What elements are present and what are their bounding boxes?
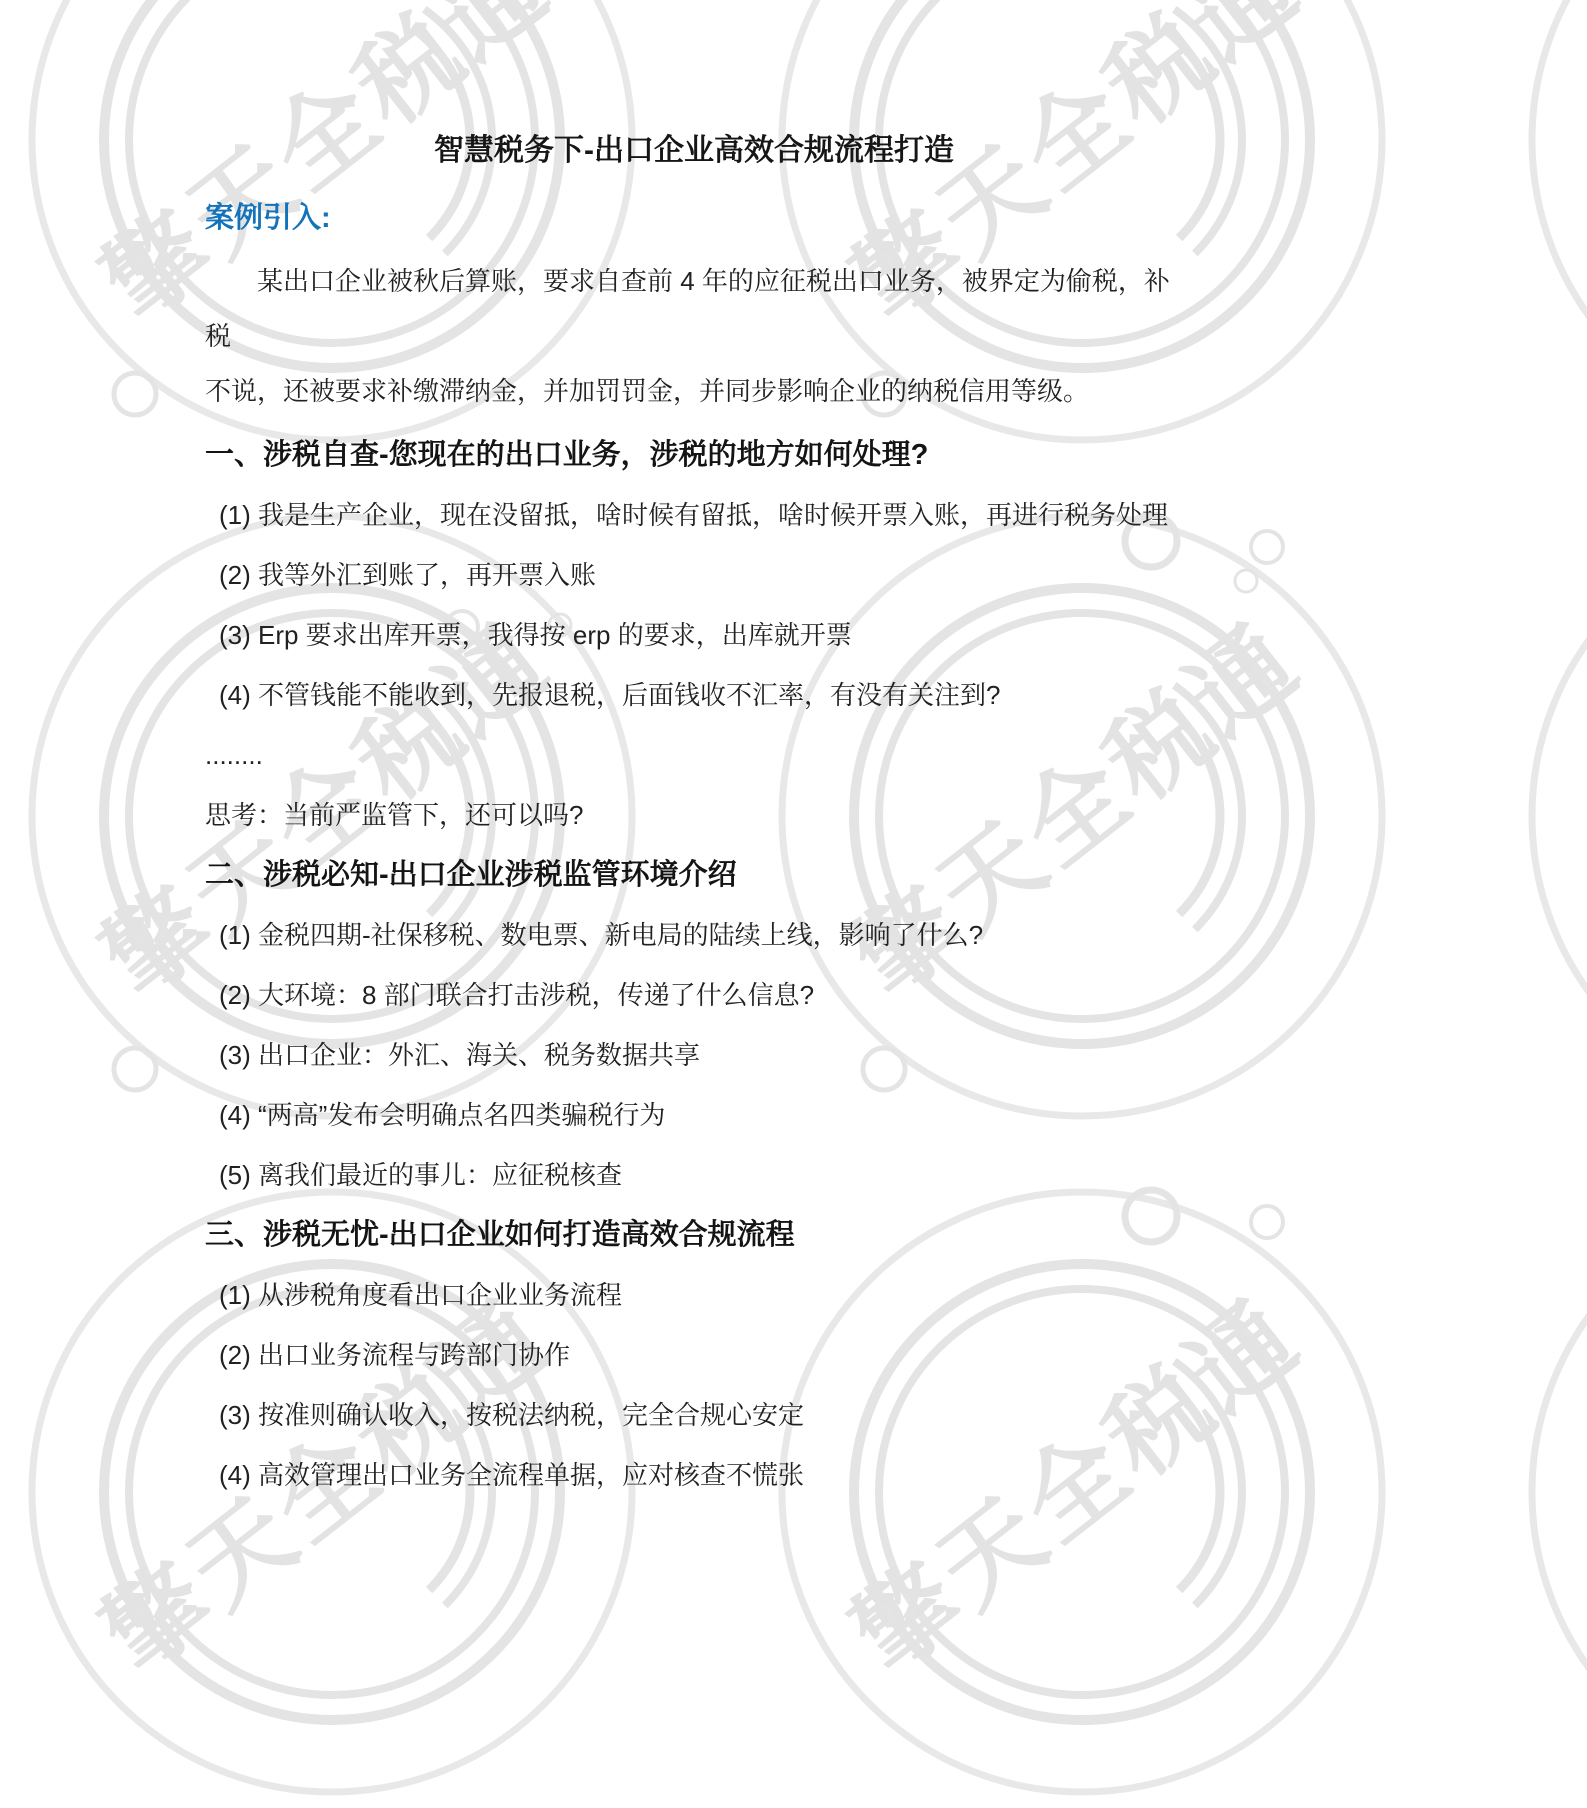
section-2-item-5: (5) 离我们最近的事儿：应征税核查 — [205, 1145, 1183, 1205]
intro-paragraph-line-2: 不说，还被要求补缴滞纳金，并加罚罚金，并同步影响企业的纳税信用等级。 — [205, 364, 1183, 419]
watermark-circle — [1251, 531, 1283, 563]
watermark-circle — [1235, 570, 1257, 592]
thinking-line: 思考：当前严监管下，还可以吗? — [205, 785, 1183, 845]
section-1-heading: 一、涉税自查-您现在的出口业务，涉税的地方如何处理? — [205, 425, 1183, 485]
section-3-item-3: (3) 按准则确认收入，按税法纳税，完全合规心安定 — [205, 1385, 1183, 1445]
document-page: 擎天全税通 智慧税务下-出口企业高效合规流程打造 案例引入: 某出口企业 — [0, 0, 1587, 1808]
section-1-item-2: (2) 我等外汇到账了，再开票入账 — [205, 545, 1183, 605]
watermark-circle — [114, 373, 156, 415]
watermark-circle — [1251, 1206, 1283, 1238]
section-2-item-3: (3) 出口企业：外汇、海关、税务数据共享 — [205, 1025, 1183, 1085]
section-3-item-2: (2) 出口业务流程与跨部门协作 — [205, 1325, 1183, 1385]
section-2-item-4: (4) “两高”发布会明确点名四类骗税行为 — [205, 1085, 1183, 1145]
document-body: 智慧税务下-出口企业高效合规流程打造 案例引入: 某出口企业被秋后算账，要求自查… — [205, 0, 1183, 1505]
section-1-item-4: (4) 不管钱能不能收到，先报退税，后面钱收不汇率，有没有关注到? — [205, 665, 1183, 725]
section-1-item-3: (3) Erp 要求出库开票，我得按 erp 的要求，出库就开票 — [205, 605, 1183, 665]
case-intro-label: 案例引入: — [205, 196, 1183, 240]
section-3-item-1: (1) 从涉税角度看出口企业业务流程 — [205, 1265, 1183, 1325]
section-2-item-1: (1) 金税四期-社保移税、数电票、新电局的陆续上线，影响了什么? — [205, 905, 1183, 965]
watermark-seal — [1532, 516, 1587, 1116]
section-3-heading: 三、涉税无忧-出口企业如何打造高效合规流程 — [205, 1205, 1183, 1265]
section-1-item-1: (1) 我是生产企业，现在没留抵，啥时候有留抵，啥时候开票入账，再进行税务处理 — [205, 485, 1183, 545]
section-2-item-2: (2) 大环境：8 部门联合打击涉税，传递了什么信息? — [205, 965, 1183, 1025]
watermark-seal — [1532, 1192, 1587, 1792]
ellipsis-line: ........ — [205, 725, 1183, 785]
document-title: 智慧税务下-出口企业高效合规流程打造 — [205, 128, 1183, 174]
section-3-item-4: (4) 高效管理出口业务全流程单据，应对核查不慌张 — [205, 1445, 1183, 1505]
intro-paragraph-line-1: 某出口企业被秋后算账，要求自查前 4 年的应征税出口业务，被界定为偷税，补税 — [205, 254, 1183, 364]
section-2-heading: 二、涉税必知-出口企业涉税监管环境介绍 — [205, 845, 1183, 905]
watermark-circle — [114, 1048, 156, 1090]
watermark-seal — [1532, 0, 1587, 440]
